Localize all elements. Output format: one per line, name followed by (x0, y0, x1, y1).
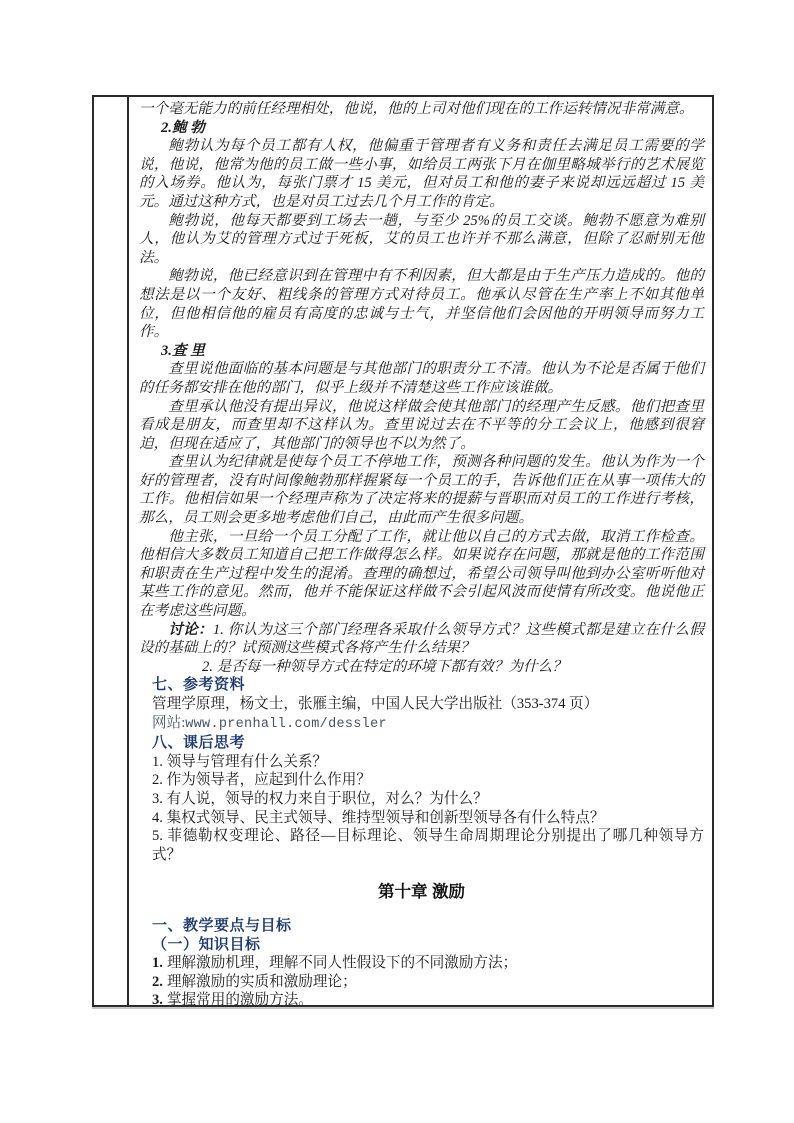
goal-item-number: 3. (152, 992, 163, 1005)
section-heading-references: 七、参考资料 (152, 676, 704, 695)
discussion-question-1: 1. 你认为这三个部门经理各采取什么领导方式？这些模式都是建立在什么假设的基础上… (139, 622, 704, 657)
case-study-paragraph: 查里承认他没有提出异议，他说这样做会使其他部门的经理产生反感。他们把查里看成是朋… (139, 398, 704, 454)
reference-book-line: 管理学原理，杨文士，张雁主编，中国人民大学出版社（353-374 页） (152, 695, 704, 714)
review-question: 5. 菲德勒权变理论、路径—目标理论、领导生命周期理论分别提出了哪几种领导方式？ (152, 827, 704, 864)
reference-website-line: 网站:www.prenhall.com/dessler (152, 714, 704, 735)
case-study-subhead-charlie: 3.查 里 (161, 342, 704, 361)
review-question: 2. 作为领导者，应起到什么作用？ (152, 771, 704, 790)
goal-item: 3.掌握常用的激励方法。 (152, 991, 704, 1005)
lesson-plan-table: 一个毫无能力的前任经理相处，他说，他的上司对他们现在的工作运转情况非常满意。 2… (92, 95, 714, 1007)
case-study-continuation-line: 一个毫无能力的前任经理相处，他说，他的上司对他们现在的工作运转情况非常满意。 (139, 100, 704, 119)
case-study-paragraph: 鲍勃说，他已经意识到在管理中有不利因素，但大都是由于生产压力造成的。他的想法是以… (139, 267, 704, 341)
discussion-paragraph: 讨论：1. 你认为这三个部门经理各采取什么领导方式？这些模式都是建立在什么假设的… (139, 621, 704, 658)
website-url-link[interactable]: www.prenhall.com/dessler (185, 717, 387, 732)
goal-item-text: 理解激励机理，理解不同人性假设下的不同激励方法； (167, 955, 517, 971)
case-study-paragraph: 他主张，一旦给一个员工分配了工作，就让他以自己的方式去做，取消工作检查。他相信大… (139, 528, 704, 621)
review-question: 3. 有人说，领导的权力来自于职位，对么？为什么？ (152, 790, 704, 809)
goal-item: 1.理解激励机理，理解不同人性假设下的不同激励方法； (152, 954, 704, 973)
discussion-label: 讨论： (168, 622, 213, 638)
section-heading-teaching-goals: 一、教学要点与目标 (152, 917, 704, 936)
section-heading-review: 八、课后思考 (152, 734, 704, 753)
goal-item-text: 掌握常用的激励方法。 (167, 992, 313, 1005)
chapter-title: 第十章 激励 (139, 883, 704, 902)
review-question: 4. 集权式领导、民主式领导、维持型领导和创新型领导各有什么特点？ (152, 809, 704, 828)
review-question: 1. 领导与管理有什么关系？ (152, 753, 704, 772)
document-page: 一个毫无能力的前任经理相处，他说，他的上司对他们现在的工作运转情况非常满意。 2… (0, 0, 794, 1123)
discussion-question-2: 2. 是否每一种领导方式在特定的环境下都有效？为什么？ (202, 658, 704, 677)
case-study-paragraph: 鲍勃说，他每天都要到工场去一趟，与至少 25%的员工交谈。鲍勃不愿意为难别人，他… (139, 212, 704, 268)
website-label: 网站: (152, 715, 185, 731)
case-study-paragraph: 查里说他面临的基本问题是与其他部门的职责分工不清。他认为不论是否属于他们的任务都… (139, 360, 704, 397)
case-study-paragraph: 查里认为纪律就是使每个员工不停地工作，预测各种问题的发生。他认为作为一个好的管理… (139, 453, 704, 527)
goal-item-number: 1. (152, 955, 163, 971)
goal-item-number: 2. (152, 974, 163, 990)
case-study-subhead-bob: 2.鲍 勃 (161, 119, 704, 138)
table-left-column (94, 97, 129, 1005)
case-study-paragraph: 鲍勃认为每个员工都有人权，他偏重于管理者有义务和责任去满足员工需要的学说，他说，… (139, 137, 704, 211)
goal-item-text: 理解激励的实质和激励理论； (167, 974, 357, 990)
table-main-column: 一个毫无能力的前任经理相处，他说，他的上司对他们现在的工作运转情况非常满意。 2… (129, 97, 712, 1005)
goal-item: 2.理解激励的实质和激励理论； (152, 973, 704, 992)
subsection-heading-knowledge-goals: （一）知识目标 (152, 936, 704, 955)
